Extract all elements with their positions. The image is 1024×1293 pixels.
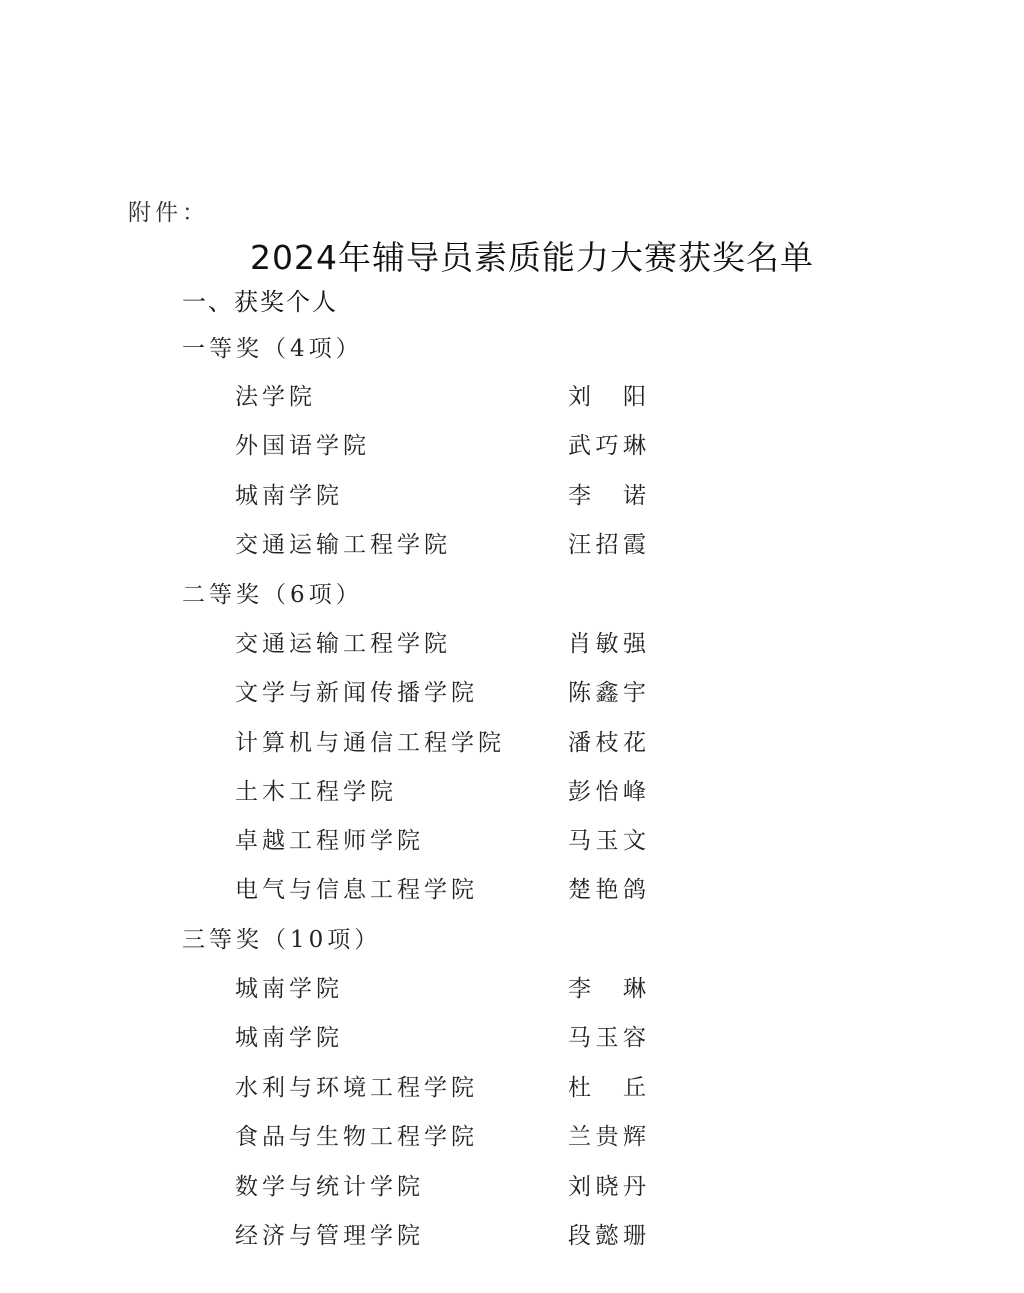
- awardee-name: 刘阳: [568, 378, 646, 411]
- awardee-name: 段懿珊: [568, 1217, 646, 1250]
- first-prize-heading: 一等奖（4项）: [182, 330, 363, 363]
- college-name: 交通运输工程学院: [235, 625, 451, 658]
- awardee-row: 食品与生物工程学院 兰贵辉: [235, 1118, 655, 1150]
- awardee-row: 交通运输工程学院 汪招霞: [235, 526, 655, 558]
- college-name: 卓越工程师学院: [235, 822, 424, 855]
- awardee-name: 刘晓丹: [568, 1168, 646, 1201]
- awardee-name: 李琳: [568, 970, 646, 1003]
- awardee-row: 计算机与通信工程学院 潘枝花: [235, 724, 655, 756]
- document-title: 2024年辅导员素质能力大赛获奖名单: [0, 232, 1024, 279]
- college-name: 数学与统计学院: [235, 1168, 424, 1201]
- college-name: 交通运输工程学院: [235, 526, 451, 559]
- college-name: 文学与新闻传播学院: [235, 674, 478, 707]
- college-name: 城南学院: [235, 477, 343, 510]
- awardee-name: 汪招霞: [568, 526, 646, 559]
- awardee-name: 马玉文: [568, 822, 646, 855]
- college-name: 水利与环境工程学院: [235, 1069, 478, 1102]
- awardee-name: 杜丘: [568, 1069, 646, 1102]
- college-name: 外国语学院: [235, 427, 370, 460]
- second-prize-heading: 二等奖（6项）: [182, 576, 363, 609]
- awardee-name: 陈鑫宇: [568, 674, 646, 707]
- college-name: 城南学院: [235, 1019, 343, 1052]
- attachment-label: 附件：: [128, 194, 209, 227]
- awardee-name: 兰贵辉: [568, 1118, 646, 1151]
- awardee-name: 肖敏强: [568, 625, 646, 658]
- third-prize-heading: 三等奖（10项）: [182, 921, 381, 954]
- awardee-row: 法学院 刘阳: [235, 378, 655, 410]
- awardee-row: 交通运输工程学院 肖敏强: [235, 625, 655, 657]
- college-name: 计算机与通信工程学院: [235, 724, 505, 757]
- awardee-row: 外国语学院 武巧琳: [235, 427, 655, 459]
- awardee-row: 城南学院 马玉容: [235, 1019, 655, 1051]
- awardee-name: 李诺: [568, 477, 646, 510]
- awardee-name: 楚艳鸽: [568, 871, 646, 904]
- awardee-row: 城南学院 李诺: [235, 477, 655, 509]
- awardee-row: 卓越工程师学院 马玉文: [235, 822, 655, 854]
- section-heading-individual-awards: 一、获奖个人: [182, 282, 338, 317]
- awardee-row: 水利与环境工程学院 杜丘: [235, 1069, 655, 1101]
- awardee-name: 武巧琳: [568, 427, 646, 460]
- college-name: 城南学院: [235, 970, 343, 1003]
- awardee-row: 电气与信息工程学院 楚艳鸽: [235, 871, 655, 903]
- college-name: 电气与信息工程学院: [235, 871, 478, 904]
- awardee-row: 文学与新闻传播学院 陈鑫宇: [235, 674, 655, 706]
- college-name: 法学院: [235, 378, 316, 411]
- awardee-name: 潘枝花: [568, 724, 646, 757]
- college-name: 经济与管理学院: [235, 1217, 424, 1250]
- awardee-row: 城南学院 李琳: [235, 970, 655, 1002]
- awardee-row: 数学与统计学院 刘晓丹: [235, 1168, 655, 1200]
- awardee-name: 马玉容: [568, 1019, 646, 1052]
- awardee-row: 经济与管理学院 段懿珊: [235, 1217, 655, 1249]
- college-name: 土木工程学院: [235, 773, 397, 806]
- awardee-name: 彭怡峰: [568, 773, 646, 806]
- awardee-row: 土木工程学院 彭怡峰: [235, 773, 655, 805]
- college-name: 食品与生物工程学院: [235, 1118, 478, 1151]
